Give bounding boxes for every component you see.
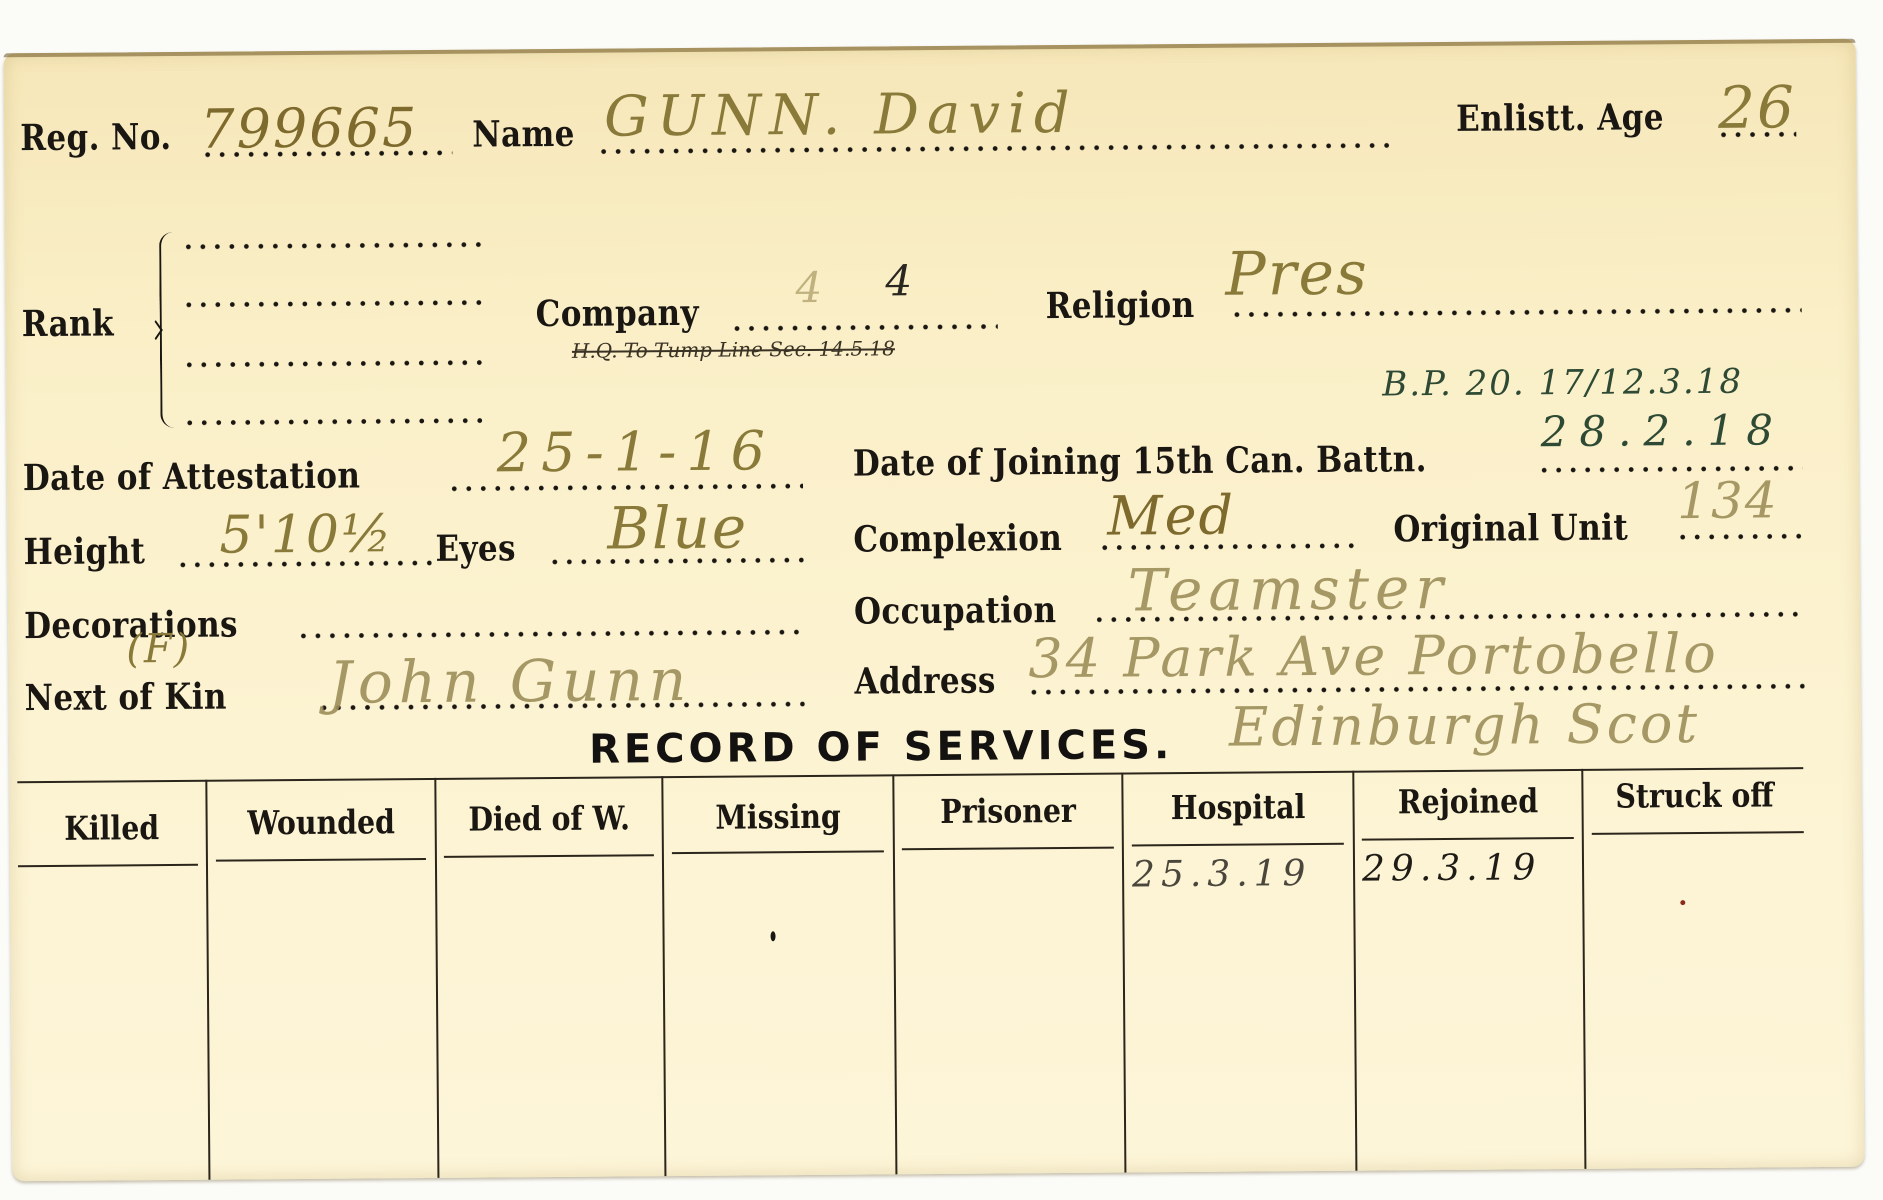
company-struck-note: H.Q. To Tump Line Sec. 14.5.18 [572, 336, 895, 363]
service-record-card: Reg. No. 799665 Name GUNN. David Enlistt… [4, 39, 1865, 1182]
religion-value: Pres [1225, 239, 1369, 310]
column-divider [1581, 769, 1586, 1169]
record-header-row: Killed Wounded Died of W. Missing Prison… [4, 39, 1856, 54]
column-divider [1352, 771, 1357, 1171]
original-unit-value: 134 [1677, 471, 1779, 530]
rank-line-2 [182, 299, 490, 307]
occupation-label: Occupation [854, 589, 1057, 633]
col-hospital: Hospital [1139, 787, 1336, 828]
header-underline [18, 864, 198, 867]
next-of-kin-label: Next of Kin [24, 676, 227, 720]
col-missing: Missing [679, 796, 876, 837]
header-underline [672, 850, 884, 854]
record-of-services-title: RECORD OF SERVICES. [589, 722, 1173, 773]
name-value: GUNN. David [604, 81, 1078, 150]
decorations-dotted-line [296, 629, 804, 639]
bp-note: B.P. 20. 17/12.3.18 [1382, 362, 1743, 405]
next-of-kin-value: John Gunn [328, 646, 692, 717]
col-killed: Killed [31, 808, 193, 848]
header-underline [902, 847, 1114, 851]
column-divider [892, 774, 897, 1174]
joining-value: 28.2.18 [1540, 405, 1785, 456]
column-divider [661, 776, 666, 1176]
company-label: Company [535, 292, 699, 335]
eyes-value: Blue [607, 493, 748, 562]
column-divider [1121, 773, 1126, 1173]
header-underline [216, 858, 426, 862]
header-underline [1362, 837, 1574, 841]
address-line-1: 34 Park Ave Portobello [1028, 622, 1719, 690]
col-died-of-wounds: Died of W. [452, 798, 646, 839]
reg-no-label: Reg. No. [20, 116, 172, 159]
ink-speck [771, 931, 776, 941]
enlist-age-value: 26 [1718, 73, 1796, 142]
original-unit-dotted-line [1675, 533, 1803, 540]
rank-label: Rank [22, 302, 115, 345]
rank-line-3 [182, 359, 490, 367]
ink-speck [1680, 900, 1685, 905]
column-divider [205, 780, 210, 1180]
attestation-value: 25-1-16 [497, 419, 776, 484]
attestation-label: Date of Attestation [23, 455, 361, 500]
col-struck-off: Struck off [1599, 775, 1790, 815]
height-value: 5'10½ [219, 504, 393, 565]
col-wounded: Wounded [223, 802, 419, 843]
height-label: Height [23, 530, 145, 573]
table-row: 25.3.19 29.3.19 [4, 39, 1856, 54]
complexion-label: Complexion [853, 517, 1062, 561]
religion-label: Religion [1045, 284, 1194, 327]
enlist-age-label: Enlistt. Age [1456, 96, 1664, 140]
address-line-2: Edinburgh Scot [1229, 692, 1701, 759]
joining-label: Date of Joining 15th Can. Battn. [853, 438, 1427, 485]
rank-line-1 [181, 241, 489, 249]
header-underline [1132, 843, 1344, 847]
company-value: 4 [885, 256, 914, 305]
company-struck-value: 4 [795, 263, 824, 312]
next-of-kin-relation-note: (F) [126, 626, 191, 673]
header-underline [444, 854, 654, 858]
original-unit-label: Original Unit [1393, 507, 1628, 551]
cell-rejoined: 29.3.19 [1362, 847, 1542, 889]
rank-brace [159, 232, 177, 428]
address-label: Address [854, 660, 996, 703]
occupation-value: Teamster [1128, 554, 1450, 625]
col-rejoined: Rejoined [1370, 781, 1566, 822]
name-label: Name [472, 113, 575, 156]
reg-no-value: 799665 [200, 96, 419, 161]
eyes-label: Eyes [435, 527, 516, 570]
company-dotted-line [730, 323, 998, 331]
col-prisoner: Prisoner [910, 791, 1106, 832]
complexion-value: Med [1107, 484, 1235, 548]
column-divider [434, 778, 439, 1178]
header-underline [1592, 831, 1804, 835]
cell-hospital: 25.3.19 [1132, 853, 1312, 895]
rank-line-4 [182, 417, 490, 425]
